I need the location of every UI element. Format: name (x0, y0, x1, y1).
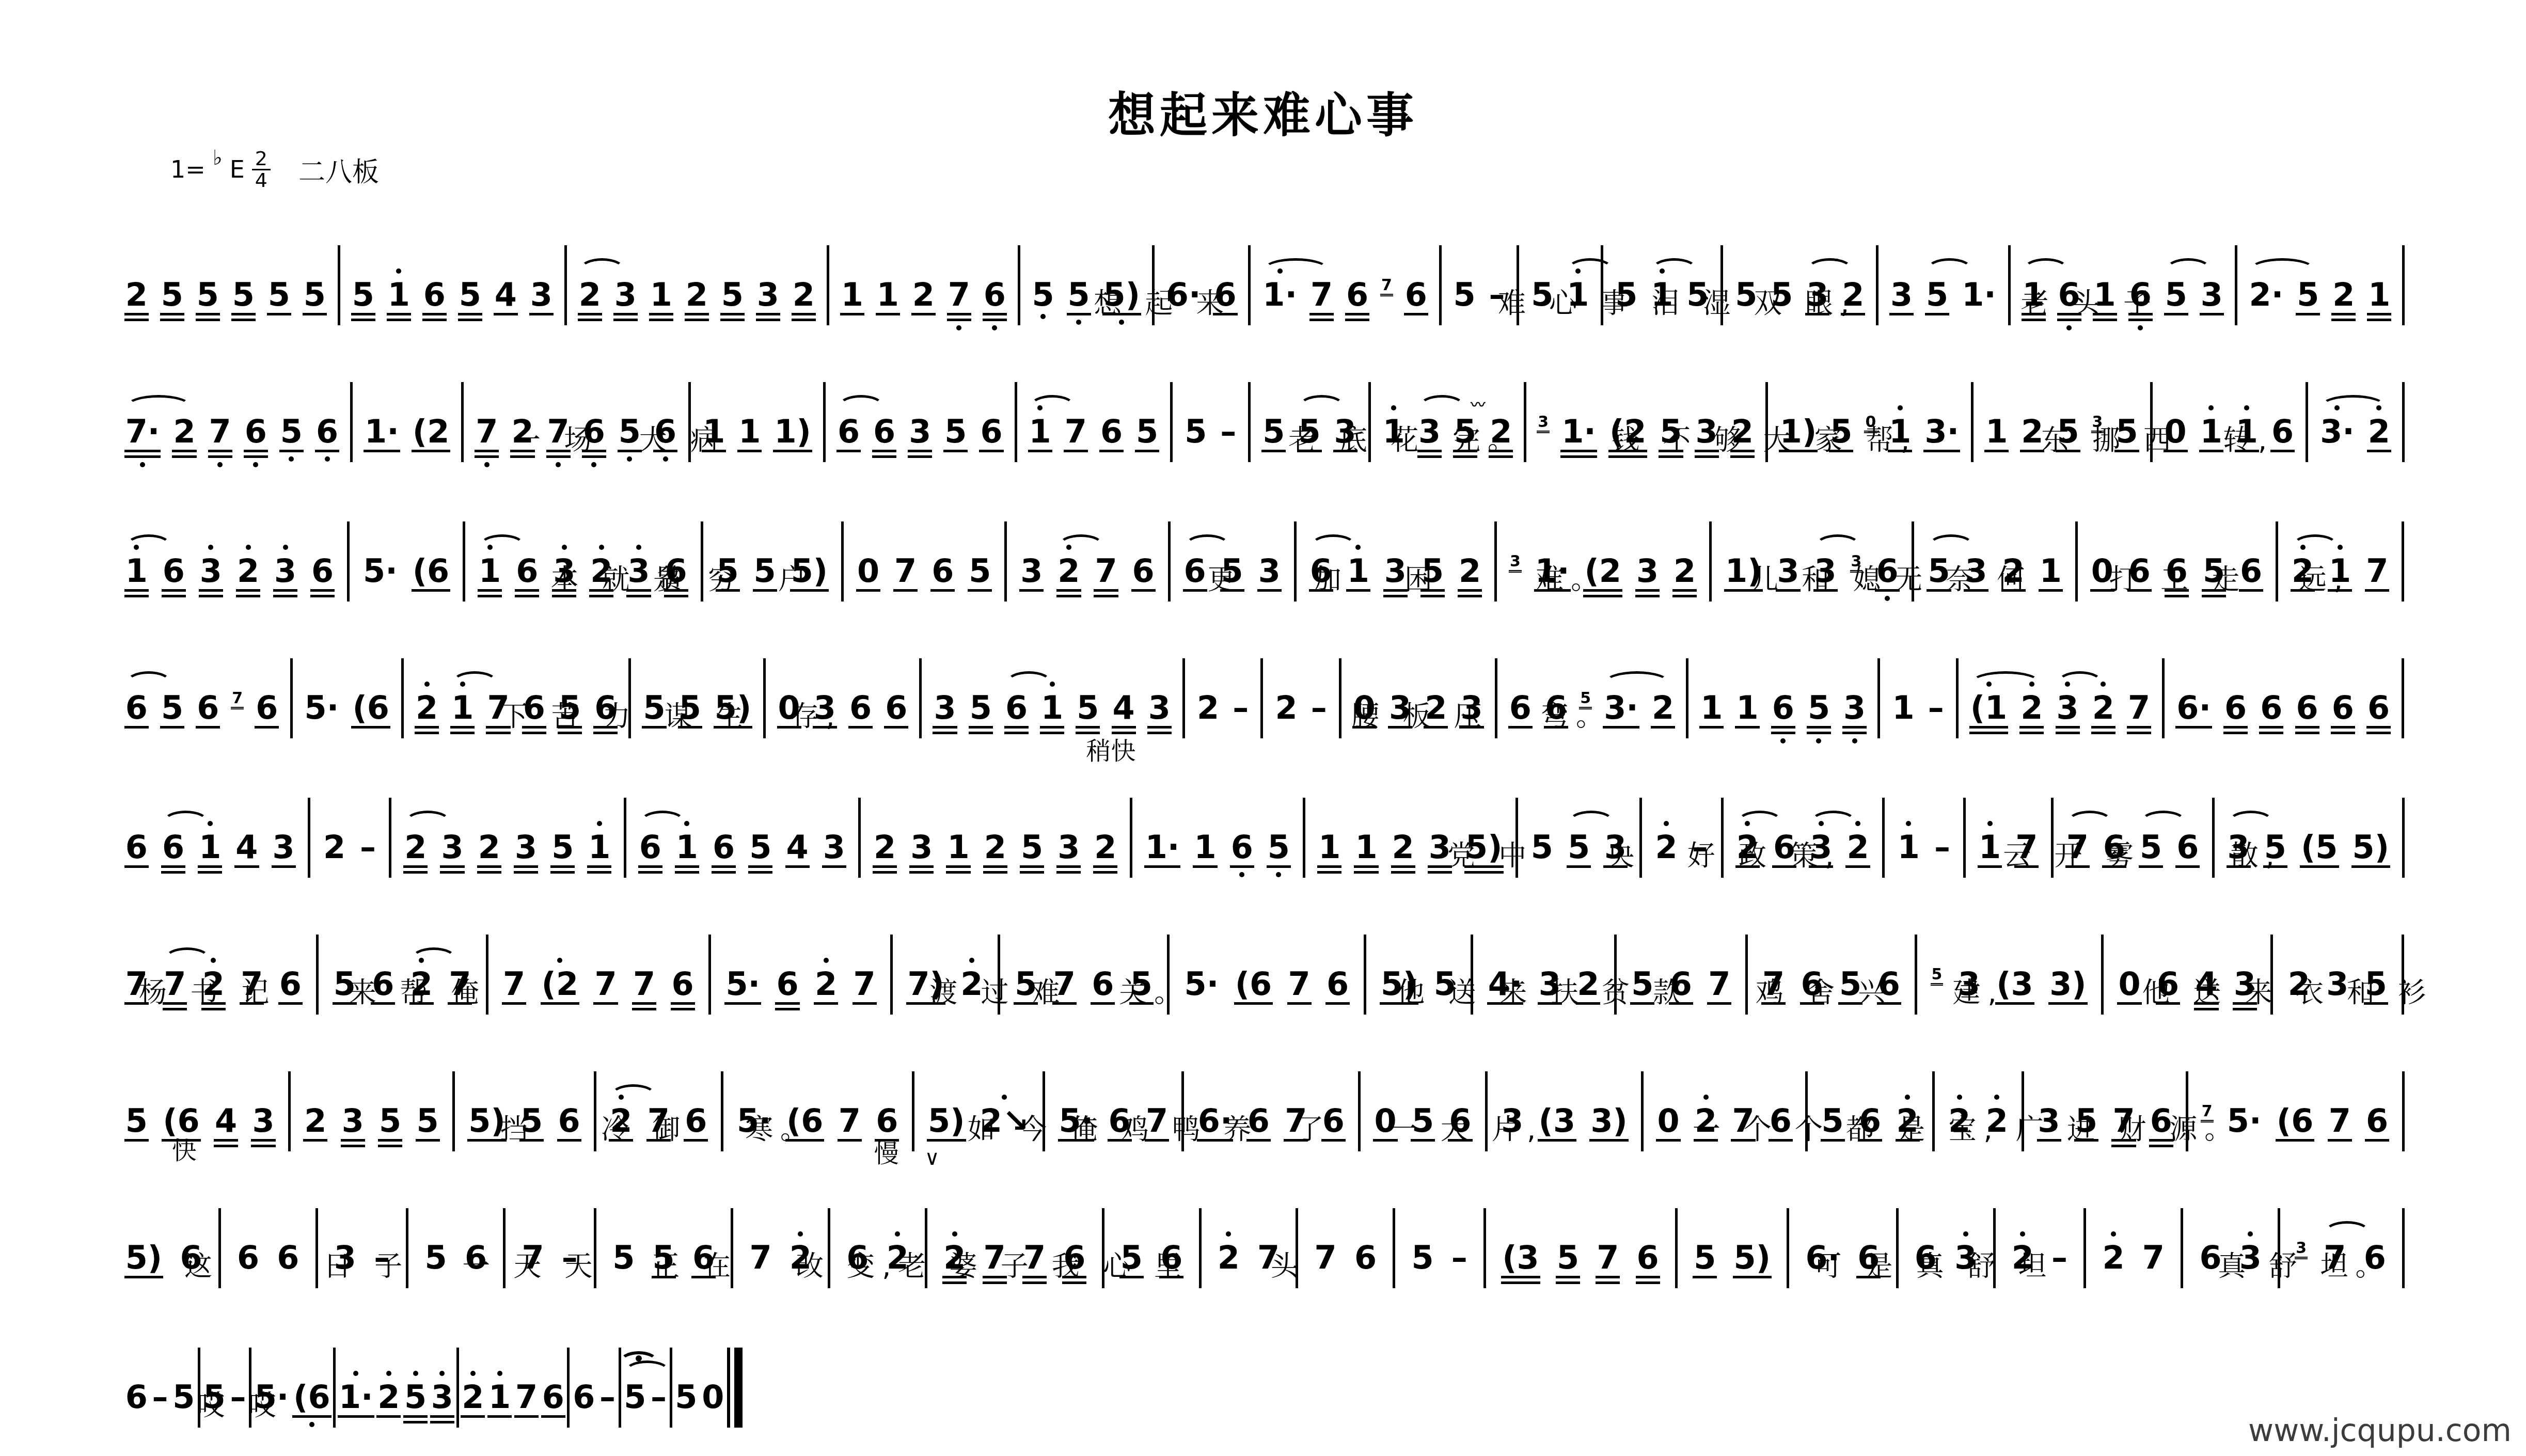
note: 2 (1093, 831, 1118, 863)
note: 5 (1261, 416, 1286, 448)
beam-underline (1028, 450, 1052, 452)
octave-dot-above (2208, 405, 2214, 410)
lyric-phrase: 鸡 舍 兴 (1756, 971, 1893, 1010)
beam-underline (341, 1139, 365, 1142)
note: 2 (235, 555, 261, 587)
beam-underline (1672, 589, 1697, 592)
beam-underline (1693, 1276, 1717, 1278)
note-value: 2 (377, 1381, 400, 1413)
beam-underline (198, 865, 222, 868)
note: – (1450, 1242, 1469, 1274)
note: 5 (720, 279, 745, 311)
beam-underline (1067, 313, 1091, 315)
beam-underline (403, 1421, 428, 1423)
note: 1 (2199, 416, 2224, 448)
note-value: 2 (1459, 555, 1481, 587)
beam-underline (638, 865, 662, 868)
key-mode: E (230, 155, 245, 183)
note: 2 (1650, 692, 1676, 724)
beam-underline (315, 450, 339, 452)
barline (1260, 658, 1263, 738)
beam-underline (756, 313, 780, 315)
note-value: 1 (2200, 416, 2222, 448)
beam-underline (2223, 732, 2248, 734)
note: (6 (292, 1381, 331, 1413)
beam-underline (1923, 450, 1960, 452)
beam-underline (618, 450, 642, 452)
note: 7 (501, 968, 527, 1000)
beam-underline (351, 319, 375, 321)
note: 6 (1325, 968, 1350, 1000)
note-value: 6 (516, 555, 538, 587)
beam-underline (946, 871, 970, 874)
note: 5 (550, 831, 575, 863)
beam-underline (2200, 313, 2224, 315)
note: 3 (439, 831, 465, 863)
note: 6 (422, 279, 447, 311)
note-value: 7 (1597, 1242, 1619, 1274)
note: 6 (930, 555, 955, 587)
note: 2 (2101, 1242, 2126, 1274)
note-value: 7 (503, 968, 525, 1000)
beam-underline (1596, 1276, 1620, 1278)
note: 6 (1635, 1242, 1661, 1274)
note-value: 7 (2128, 692, 2150, 724)
note-value: – (1934, 831, 1950, 863)
note: 5 (351, 279, 376, 311)
beam-underline (475, 455, 499, 458)
beam-underline (162, 589, 186, 592)
note-value: 6 (125, 831, 148, 863)
barline (708, 935, 711, 1015)
note: 0 (856, 555, 881, 587)
beam-underline (2259, 732, 2283, 734)
note-value: 1 (1979, 831, 2001, 863)
note-value: 7 (1065, 416, 1087, 448)
barline (823, 382, 826, 462)
meter-denominator: 4 (252, 170, 271, 191)
note-value: 5 (969, 555, 991, 587)
mordent-icon: 〰 (1471, 398, 1483, 413)
beam-underline (1267, 865, 1291, 868)
tempo-label: 稍快 (1086, 731, 1136, 767)
note: 3 (907, 416, 933, 448)
note: 1 (386, 279, 412, 311)
beam-underline (1842, 726, 1867, 729)
note: 1) (772, 416, 812, 448)
note: – (1933, 831, 1952, 863)
beam-underline (2259, 726, 2283, 729)
barline (1439, 245, 1442, 325)
note-value: 6 (713, 831, 735, 863)
note-value: 5 (1068, 279, 1090, 311)
note: 3 (822, 831, 847, 863)
barline (2235, 245, 2237, 325)
song-title: 想起来难心事 (0, 77, 2526, 146)
note: 6· (2175, 692, 2213, 724)
beam-underline (911, 313, 936, 315)
note-value: 5 (352, 279, 374, 311)
note: 2 (911, 279, 936, 311)
note: 3 (1635, 555, 1660, 587)
note-value: 5 (675, 1381, 697, 1413)
tempo-label: 慢 (874, 1134, 899, 1169)
barline (594, 1071, 596, 1151)
beam-underline (124, 450, 161, 452)
beam-underline (946, 865, 970, 868)
note-value: 3) (2049, 968, 2086, 1000)
beam-underline (550, 871, 575, 874)
note-value: 1 (877, 279, 899, 311)
note-value: 5 (1268, 831, 1290, 863)
note: 2 (2366, 416, 2392, 448)
note-value: 6 (1132, 555, 1155, 587)
beam-underline (1984, 450, 2009, 452)
beam-underline (231, 313, 256, 315)
beam-underline (1735, 726, 1759, 729)
beam-underline (341, 1145, 365, 1147)
lyric-phrase: 头 (1271, 1244, 1306, 1284)
octave-dot-above (1957, 1095, 1962, 1100)
octave-dot-above (952, 1231, 957, 1237)
note: 2 (124, 279, 149, 311)
lyric-phrase: 一 场 (513, 418, 599, 458)
beam-underline (2056, 726, 2080, 729)
note: 7 (893, 555, 918, 587)
note-value: 6 (1184, 555, 1206, 587)
octave-dot-above (597, 821, 602, 826)
note-value: 5 (1454, 279, 1476, 311)
beam-underline (160, 726, 184, 729)
barline (308, 798, 310, 878)
note-value: 7 (594, 968, 617, 1000)
notation-line-3: 1632365·(6163236555)076532766536135231·(… (124, 502, 2405, 588)
note: 2 (791, 279, 816, 311)
note: 1 (1896, 831, 1921, 863)
octave-dot-above (1002, 1095, 1007, 1100)
note-value: 5 (1262, 416, 1285, 448)
beam-underline (416, 1139, 440, 1142)
octave-dot-above (470, 1371, 476, 1376)
note: 2 (983, 831, 1008, 863)
note-value: – (1928, 692, 1944, 724)
note: 7· (124, 416, 162, 448)
beam-underline (748, 871, 772, 874)
octave-dot-above (208, 545, 213, 550)
note: (1 (1969, 692, 2009, 724)
beam-underline (685, 319, 709, 321)
octave-dot-above (413, 1371, 418, 1376)
note-value: 3 (274, 555, 296, 587)
note-value: 2 (173, 416, 195, 448)
note-value: 5 (1185, 416, 1207, 448)
note-value: 3· (2320, 416, 2355, 448)
slur-arc (2324, 1221, 2370, 1244)
beam-underline (1501, 1281, 1540, 1284)
beam-underline (943, 450, 968, 452)
note: 5) (124, 1242, 164, 1274)
note: 7 (1093, 555, 1118, 587)
beam-underline (748, 865, 772, 868)
note: 4 (213, 1105, 239, 1137)
note: – (1927, 692, 1946, 724)
barline (1675, 1208, 1678, 1288)
barline (1339, 658, 1341, 738)
note: 2 (684, 279, 709, 311)
note-value: 5 (280, 416, 303, 448)
beam-underline (2367, 313, 2391, 315)
note: 5 (266, 279, 292, 311)
note: 2 (1216, 1242, 1241, 1274)
beam-underline (2175, 865, 2200, 868)
note-value: 6 (2296, 692, 2318, 724)
note: 6 (638, 831, 663, 863)
key-prefix: 1= (170, 155, 206, 183)
note: 5 (1452, 279, 1477, 311)
note: 6 (1771, 692, 1796, 724)
beam-underline (161, 865, 185, 868)
note: – (598, 1381, 617, 1413)
note: 1 (674, 831, 700, 863)
note-value: 2 (912, 279, 935, 311)
lyric-phrase: 大 病 (639, 418, 725, 458)
beam-underline (515, 589, 539, 592)
barline (1745, 935, 1748, 1015)
note: 6 (2364, 1105, 2390, 1137)
note-value: 6 (776, 968, 798, 1000)
beam-underline (1309, 319, 1334, 321)
barline (2181, 1208, 2183, 1288)
note-value: 6 (573, 1381, 595, 1413)
lyric-phrase: 散, (2231, 834, 2282, 874)
lyric-phrase: 可 是 真 舒 坦 (1813, 1244, 2054, 1284)
note: 5 (1555, 1242, 1581, 1274)
note: 5 (1019, 831, 1045, 863)
note-value: 2 (2102, 1242, 2124, 1274)
barline (2402, 382, 2405, 462)
barline (486, 935, 488, 1015)
notation-line-4: 656765·(6217656555)036635615432–2–032366… (124, 639, 2405, 725)
barline (1130, 798, 1132, 878)
note: 6 (195, 692, 220, 724)
note: 6 (1182, 555, 1208, 587)
note: 6 (314, 416, 340, 448)
note: 5 (403, 1381, 428, 1413)
note: 6 (2295, 692, 2320, 724)
note: 3) (1589, 1105, 1629, 1137)
note-value: 2 (874, 831, 896, 863)
lyric-phrase: 一 个 个 都 是 宝, (1693, 1107, 2000, 1147)
note-value: (6 (2277, 1105, 2313, 1137)
note-value: 6 (685, 1105, 707, 1137)
note: 2 (2091, 692, 2116, 724)
beam-underline (712, 865, 736, 868)
note-value: 6 (672, 968, 694, 1000)
beam-underline (933, 732, 957, 734)
note-value: 2 (686, 279, 708, 311)
note: 2· (2248, 279, 2285, 311)
beam-underline (908, 455, 932, 458)
note-value: 1 (1347, 555, 1369, 587)
beam-underline (856, 589, 880, 592)
beam-underline (422, 313, 447, 315)
note-value: 7 (1708, 968, 1730, 1000)
note: 4 (785, 831, 810, 863)
beam-underline (1230, 865, 1254, 868)
note-value: 5 (619, 416, 641, 448)
beam-underline (587, 871, 611, 874)
beam-underline (124, 595, 149, 597)
beam-underline (671, 1002, 695, 1005)
beam-underline (893, 589, 918, 592)
note-value: 5 (1021, 831, 1043, 863)
note: 1 (1977, 831, 2002, 863)
note-value: 5 (1077, 692, 1099, 724)
octave-dot-below (1076, 320, 1081, 325)
beam-underline (1596, 1281, 1620, 1284)
note-value: 5 (551, 831, 574, 863)
note: 5 (423, 1242, 449, 1274)
note: 4 (493, 279, 518, 311)
barline (1018, 245, 1020, 325)
beam-underline (983, 865, 1007, 868)
note: 1 (1734, 692, 1760, 724)
note-value: 1 (388, 279, 410, 311)
note: 1 (1890, 692, 1916, 724)
note-value: 5 (459, 279, 481, 311)
beam-underline (440, 871, 464, 874)
note-value: 2 (1652, 692, 1674, 724)
barline (288, 1071, 291, 1151)
beam-underline (1020, 865, 1044, 868)
beam-underline (2365, 589, 2389, 592)
beam-underline (1056, 589, 1081, 592)
beam-underline (979, 450, 1003, 452)
note-value: 7 (515, 1381, 538, 1413)
note: 5 (1183, 416, 1208, 448)
note-value: 2 (984, 831, 1006, 863)
note-value: 5 (612, 1242, 635, 1274)
beam-underline (1144, 865, 1181, 868)
beam-underline (196, 313, 220, 315)
lyric-phrase: 挡 (500, 1107, 535, 1147)
note-value: 6 (2366, 1105, 2388, 1137)
beam-underline (2366, 726, 2391, 729)
note: 1 (487, 1381, 512, 1413)
note: 6 (278, 968, 303, 1000)
note-value: 6 (423, 279, 446, 311)
barline (1877, 658, 1880, 738)
beam-underline (236, 589, 260, 592)
octave-dot-below (1780, 738, 1786, 743)
note-value: 1· (365, 416, 399, 448)
beam-underline (234, 865, 259, 868)
beam-underline (1842, 732, 1867, 734)
note-value: (6 (413, 555, 449, 587)
note-value: 6 (849, 692, 872, 724)
lyric-phrase: 杨 书 记 (139, 971, 276, 1010)
beam-underline (1391, 865, 1415, 868)
barline (2402, 521, 2404, 602)
note-value: 0 (702, 1381, 724, 1413)
beam-underline (1346, 589, 1370, 592)
beam-underline (440, 865, 464, 868)
note: 3 (198, 555, 224, 587)
note: 6 (874, 1105, 899, 1137)
note: 5 (1075, 692, 1100, 724)
note: 5 (673, 1381, 699, 1413)
note-value: 2 (125, 279, 148, 311)
note-value: 6 (2260, 692, 2282, 724)
beam-underline (2056, 732, 2080, 734)
note: 7 (2141, 1242, 2166, 1274)
note-value: 5 (125, 1105, 148, 1137)
note-value: 1) (774, 416, 811, 448)
beam-underline (244, 450, 268, 452)
note: 3 (1889, 279, 1914, 311)
beam-underline (2223, 726, 2248, 729)
beam-underline (303, 1139, 327, 1142)
note-value: 5 (1568, 831, 1590, 863)
barline (1963, 798, 1966, 878)
note: 6 (514, 555, 540, 587)
barline (1524, 382, 1526, 462)
note-value: (3 (1502, 1242, 1539, 1274)
note-value: 5) (2353, 831, 2389, 863)
beam-underline (279, 450, 304, 452)
note: 1 (477, 555, 502, 587)
note-value: 6 (558, 1105, 580, 1137)
barline (338, 245, 340, 325)
barline (316, 935, 319, 1015)
beam-underline (737, 450, 762, 452)
beam-underline (1317, 865, 1341, 868)
note-value: 6 (163, 555, 185, 587)
beam-underline (412, 589, 450, 592)
lyric-phrase: 存, (791, 694, 842, 734)
beam-underline (303, 313, 327, 315)
note-value: 3 (1384, 555, 1407, 587)
note-value: 1 (199, 831, 221, 863)
note-value: 1 (2040, 555, 2062, 587)
beam-underline (1135, 450, 1159, 452)
octave-dot-above (211, 958, 216, 963)
beam-underline (236, 595, 260, 597)
beam-underline (1004, 726, 1029, 729)
note: 3 (271, 831, 296, 863)
note: – (1309, 692, 1329, 724)
note-value: 1 (451, 692, 473, 724)
beam-underline (947, 319, 971, 321)
barline (461, 382, 464, 462)
beam-underline (969, 732, 993, 734)
octave-dot-above (684, 821, 689, 826)
octave-dot-below (484, 462, 490, 467)
note-value: 7 (2329, 1105, 2351, 1137)
beam-underline (196, 319, 220, 321)
note: 5· (361, 555, 399, 587)
barline (2162, 658, 2165, 738)
beam-underline (550, 865, 575, 868)
beam-underline (273, 595, 297, 597)
note: 6 (2175, 831, 2200, 863)
note: 6 (571, 1381, 596, 1413)
beam-underline (1636, 1281, 1660, 1284)
note-value: 6 (2224, 692, 2247, 724)
note-value: 1 (125, 555, 148, 587)
note: 3 (932, 692, 957, 724)
flat-icon: ♭ (213, 146, 223, 170)
